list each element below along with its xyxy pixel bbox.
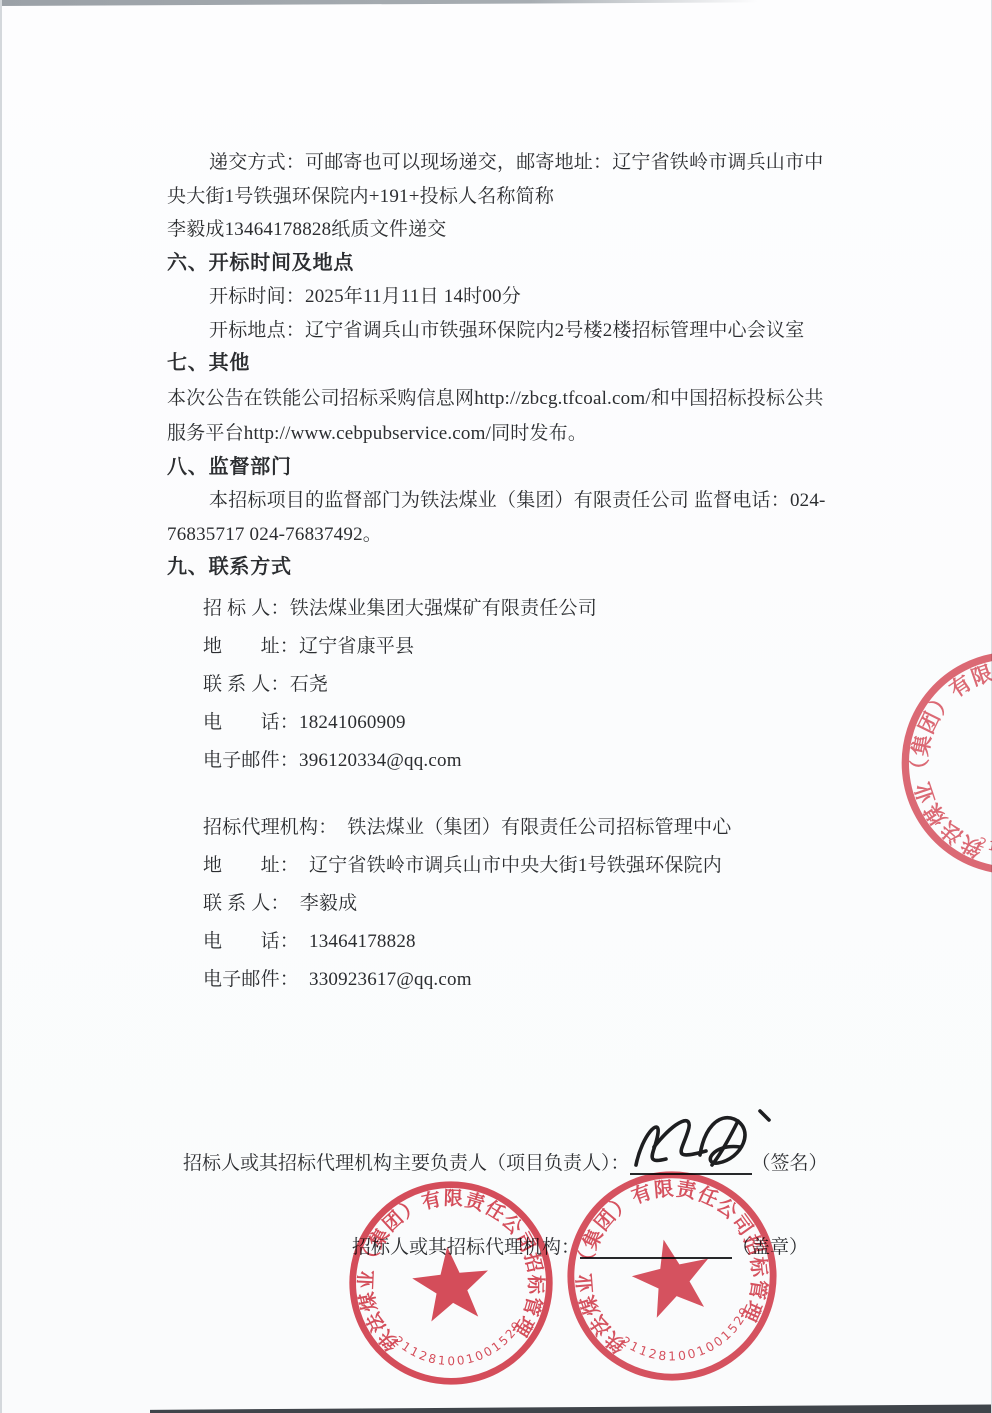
svg-text:铁法煤业（集团）有限责任公司招标管理中心: 铁法煤业（集团）有限责任公司招标管理中心 — [858, 608, 992, 884]
agency-name-value: 铁法煤业（集团）有限责任公司招标管理中心 — [337, 817, 731, 838]
supervision-paragraph: 本招标项目的监督部门为铁法煤业（集团）有限责任公司 监督电话：024-76835… — [167, 484, 835, 551]
tenderer-contactperson-value: 石尧 — [290, 674, 328, 695]
agency-email-label: 电子邮件： — [203, 969, 299, 990]
seal-ring-text: 铁法煤业（集团）有限责任公司招标管理中心 — [858, 608, 992, 884]
paper-submit-line: 李毅成13464178828纸质文件递交 — [167, 213, 835, 247]
agency-contactperson-label: 联 系 人： — [203, 893, 290, 914]
agency-email-value: 330923617@qq.com — [299, 969, 472, 990]
agency-contact-block: 招标代理机构：铁法煤业（集团）有限责任公司招标管理中心 地 址：辽宁省铁岭市调兵… — [167, 809, 835, 999]
seal-star-icon — [625, 1231, 718, 1321]
svg-text:211281001001529: 211281001001529 — [615, 1301, 761, 1377]
tenderer-address-row: 地 址：辽宁省康平县 — [203, 628, 835, 666]
document-page: 递交方式：可邮寄也可以现场递交，邮寄地址：辽宁省铁岭市调兵山市中央大街1号铁强环… — [0, 0, 992, 1413]
section-9-heading: 九、联系方式 — [167, 551, 835, 585]
section-6-heading: 六、开标时间及地点 — [167, 247, 835, 281]
tenderer-name-value: 铁法煤业集团大强煤矿有限责任公司 — [290, 598, 597, 619]
company-seal-left: 铁法煤业（集团）有限责任公司招标管理中心 211281001001529 — [336, 1168, 567, 1399]
seal-serial-number: 211281001001529 — [615, 1301, 761, 1377]
agency-address-value: 辽宁省铁岭市调兵山市中央大街1号铁强环保院内 — [299, 855, 722, 876]
agency-contactperson-value: 李毅成 — [290, 893, 358, 914]
agency-phone-value: 13464178828 — [299, 931, 416, 952]
tenderer-name-label: 招 标 人： — [203, 598, 290, 619]
leader-signature-label: 招标人或其招标代理机构主要负责人（项目负责人）： — [183, 1153, 630, 1174]
bid-open-place: 开标地点：辽宁省调兵山市铁强环保院内2号楼2楼招标管理中心会议室 — [167, 314, 835, 348]
bid-open-time: 开标时间：2025年11月11日 14时00分 — [167, 280, 835, 314]
agency-name-row: 招标代理机构：铁法煤业（集团）有限责任公司招标管理中心 — [203, 809, 835, 847]
section-8-heading: 八、监督部门 — [167, 451, 835, 485]
agency-address-row: 地 址：辽宁省铁岭市调兵山市中央大街1号铁强环保院内 — [203, 847, 835, 885]
company-seal-edge-partial: 铁法煤业（集团）有限责任公司招标管理中心 211281001001529 — [858, 608, 992, 917]
tenderer-address-label: 地 址： — [203, 636, 299, 657]
tenderer-email-label: 电子邮件： — [203, 750, 299, 771]
company-seal-right: 铁法煤业（集团）有限责任公司招标管理中心 211281001001529 — [542, 1146, 801, 1405]
tenderer-phone-row: 电 话：18241060909 — [203, 704, 835, 742]
tenderer-phone-label: 电 话： — [203, 712, 299, 733]
scan-edge-left — [0, 0, 2, 1413]
delivery-paragraph: 递交方式：可邮寄也可以现场递交，邮寄地址：辽宁省铁岭市调兵山市中央大街1号铁强环… — [167, 146, 835, 213]
tenderer-email-row: 电子邮件：396120334@qq.com — [203, 742, 835, 780]
tenderer-contact-block: 招 标 人：铁法煤业集团大强煤矿有限责任公司 地 址：辽宁省康平县 联 系 人：… — [167, 590, 835, 780]
agency-address-label: 地 址： — [203, 855, 299, 876]
seal-star-icon — [409, 1243, 492, 1323]
tenderer-email-value: 396120334@qq.com — [299, 750, 462, 771]
document-body: 递交方式：可邮寄也可以现场递交，邮寄地址：辽宁省铁岭市调兵山市中央大街1号铁强环… — [167, 146, 835, 999]
scan-edge-top — [0, 0, 758, 6]
publish-paragraph: 本次公告在铁能公司招标采购信息网http://zbcg.tfcoal.com/和… — [167, 381, 835, 451]
agency-contactperson-row: 联 系 人：李毅成 — [203, 885, 835, 923]
agency-phone-row: 电 话：13464178828 — [203, 923, 835, 961]
scan-edge-bottom — [150, 1404, 992, 1413]
agency-email-row: 电子邮件：330923617@qq.com — [203, 961, 835, 999]
tenderer-phone-value: 18241060909 — [299, 712, 406, 733]
tenderer-contactperson-row: 联 系 人：石尧 — [203, 666, 835, 704]
agency-phone-label: 电 话： — [203, 931, 299, 952]
section-7-heading: 七、其他 — [167, 347, 835, 381]
tenderer-address-value: 辽宁省康平县 — [299, 636, 414, 657]
tenderer-contactperson-label: 联 系 人： — [203, 674, 290, 695]
agency-name-label: 招标代理机构： — [203, 817, 337, 838]
tenderer-name-row: 招 标 人：铁法煤业集团大强煤矿有限责任公司 — [203, 590, 835, 628]
